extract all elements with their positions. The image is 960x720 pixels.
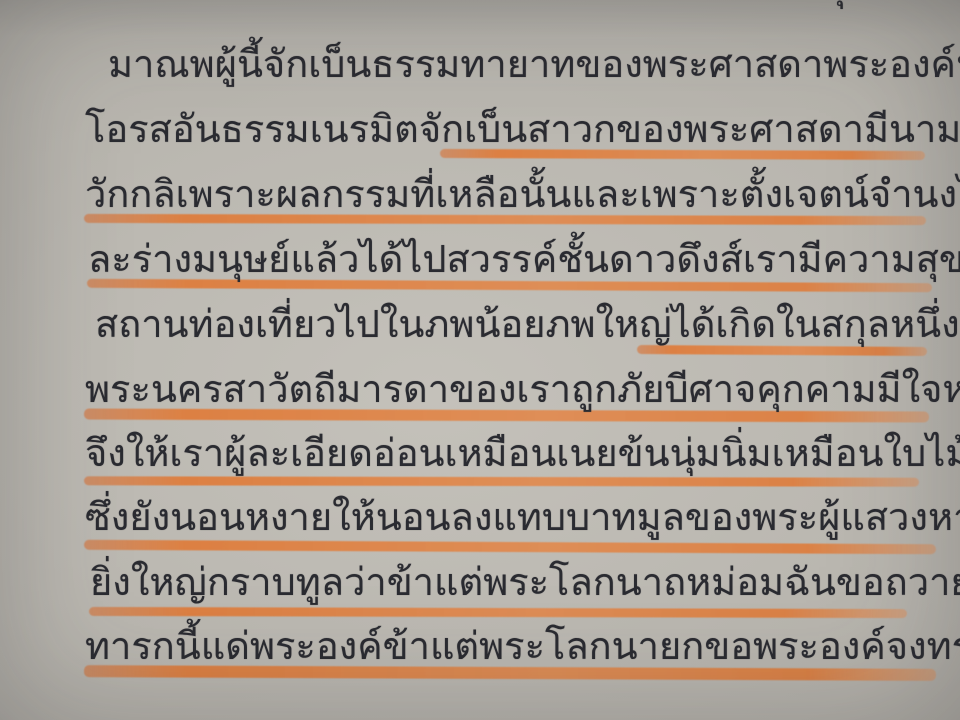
text-line-8: จึงให้เราผู้ละเอียดอ่อนเหมือนเนยข้น นุ่ม…: [85, 427, 918, 479]
phrase-underlined: ให้นอนลงแทบบาทมูลของพระผู้แสวงหาคุณอัน: [332, 491, 960, 543]
phrase-underlined: มารดาของเราถูกภัยบีศาจคุกคาม: [336, 363, 876, 415]
phrase-underlined: หม่อมฉันขอถวาย: [686, 556, 960, 608]
phrase-underlined: วักกลิ: [85, 168, 176, 220]
phrase-underlined: เรามีความสุขในที่ทุก: [743, 233, 960, 285]
text-line-4: วักกลิ เพราะผลกรรมที่เหลือนั้น และเพราะต…: [85, 168, 918, 220]
phrase-underlined: จึงให้เราผู้ละเอียดอ่อนเหมือนเนยข้น: [85, 427, 670, 479]
phrase: ทรงสมภพในวงศ์พระเจ้าโอกกากราช: [100, 0, 695, 12]
text-line-10: ยิ่งใหญ่ กราบทูลว่า ข้าแต่พระโลกนาถ หม่อ…: [90, 556, 905, 608]
phrase-underlined: ข้าแต่พระโลกนายก: [383, 620, 705, 672]
phrase-underlined: ยิ่งใหญ่: [90, 556, 207, 608]
text-line-9: ซึ่งยังนอนหงาย ให้นอนลงแทบบาทมูลของพระผู…: [85, 491, 930, 543]
phrase-underlined: ได้เกิดในสกุลหนึ่งใน: [672, 298, 960, 350]
phrase-underlined: ขอพระองค์จงทรงเบ็นที่: [704, 620, 960, 672]
phrase: มาณพผู้นี้จักเบ็นธรรมทายาทของพระศาสดาพระ…: [108, 38, 960, 90]
text-line-11: ทารกนี้แด่พระองค์ ข้าแต่พระโลกนายก ขอพระ…: [85, 620, 933, 672]
phrase-underlined: ข้าแต่พระโลกนาถ: [387, 556, 686, 608]
text-line-5: ละร่างมนุษย์แล้ว ได้ไปสวรรค์ชั้นดาวดึงส์…: [88, 233, 928, 285]
phrase-underlined: ได้ไปสวรรค์ชั้นดาวดึงส์: [359, 233, 742, 285]
phrase-underlined: ทารกนี้แด่พระองค์: [85, 620, 383, 672]
phrase: จักเสด็จอุบัติขึ้นในโลก: [695, 0, 960, 12]
text-line-3: โอรสอันธรรมเนรมิต จักเบ็นสาวกของพระศาสดา…: [85, 103, 918, 155]
text-line-2: มาณพผู้นี้จักเบ็นธรรมทายาทของพระศาสดาพระ…: [108, 38, 915, 90]
phrase-underlined: และเพราะตั้งเจตน์จำนงไว้: [571, 168, 960, 220]
phrase: สถาน: [95, 298, 189, 350]
book-page-photo: ทรงสมภพในวงศ์พระเจ้าโอกกากราช จักเสด็จอุ…: [0, 0, 960, 720]
phrase-underlined: กราบทูลว่า: [207, 556, 387, 608]
phrase: โอรสอันธรรมเนรมิต: [85, 103, 419, 155]
text-line-1-clipped: ทรงสมภพในวงศ์พระเจ้าโอกกากราช จักเสด็จอุ…: [100, 0, 950, 12]
text-line-6: สถาน ท่องเที่ยวไปในภพน้อยภพใหญ่ ได้เกิดใ…: [95, 298, 920, 350]
highlight-underline: [89, 607, 907, 618]
phrase-underlined: เพราะผลกรรมที่เหลือนั้น: [176, 168, 572, 220]
phrase-underlined: นุ่มนิ่มเหมือนใบไม้อ่อน ๆ: [670, 427, 960, 479]
phrase: ท่องเที่ยวไปในภพน้อยภพใหญ่: [189, 298, 672, 350]
phrase-underlined: พระนครสาวัตถี: [85, 363, 336, 415]
phrase-underlined: มีใจหวาดกลัว: [877, 363, 960, 415]
phrase-underlined: ละร่างมนุษย์แล้ว: [88, 233, 359, 285]
text-line-7: พระนครสาวัตถี มารดาของเราถูกภัยบีศาจคุกค…: [85, 363, 923, 415]
phrase-underlined: ซึ่งยังนอนหงาย: [85, 491, 332, 543]
phrase-underlined: จักเบ็นสาวกของพระศาสดามีนามชื่อว่า: [419, 103, 960, 155]
